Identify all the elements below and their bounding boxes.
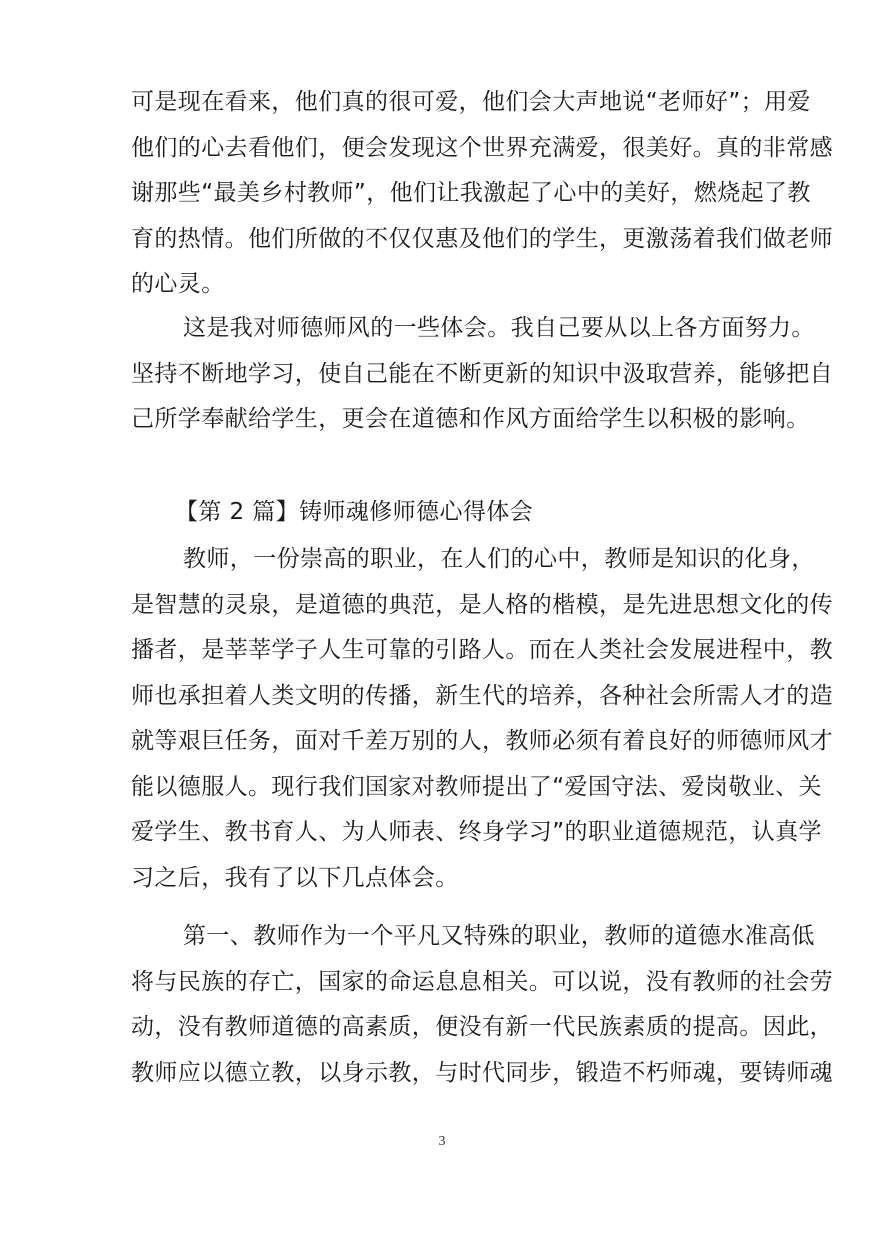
heading-text: 【第 2 篇】铸师魂修师德心得体会	[131, 490, 761, 536]
text-line: 可是现在看来，他们真的很可爱，他们会大声地说“老师好”；用爱	[131, 80, 761, 126]
section-heading: 【第 2 篇】铸师魂修师德心得体会	[131, 490, 761, 536]
text-line: 坚持不断地学习，使自己能在不断更新的知识中汲取营养，能够把自	[131, 352, 761, 398]
text-line: 爱学生、教书育人、为人师表、终身学习”的职业道德规范，认真学	[131, 810, 761, 856]
text-line: 师也承担着人类文明的传播，新生代的培养，各种社会所需人才的造	[131, 674, 761, 720]
text-line: 育的热情。他们所做的不仅仅惠及他们的学生，更激荡着我们做老师	[131, 217, 761, 263]
text-line: 将与民族的存亡，国家的命运息息相关。可以说，没有教师的社会劳	[131, 960, 761, 1006]
text-line: 教师应以德立教，以身示教，与时代同步，锻造不朽师魂，要铸师魂	[131, 1051, 761, 1097]
document-page: 可是现在看来，他们真的很可爱，他们会大声地说“老师好”；用爱 他们的心去看他们，…	[0, 0, 884, 1250]
page-number: 3	[0, 1134, 884, 1150]
paragraph-continuation: 可是现在看来，他们真的很可爱，他们会大声地说“老师好”；用爱 他们的心去看他们，…	[131, 80, 761, 308]
text-line: 第一、教师作为一个平凡又特殊的职业，教师的道德水准高低	[131, 914, 761, 960]
text-line: 这是我对师德师风的一些体会。我自己要从以上各方面努力。	[131, 306, 761, 352]
paragraph-intro: 教师，一份崇高的职业，在人们的心中，教师是知识的化身， 是智慧的灵泉，是道德的典…	[131, 537, 761, 901]
text-line: 习之后，我有了以下几点体会。	[131, 856, 761, 902]
text-line: 播者，是莘莘学子人生可靠的引路人。而在人类社会发展进程中，教	[131, 628, 761, 674]
text-line: 动，没有教师道德的高素质，便没有新一代民族素质的提高。因此，	[131, 1005, 761, 1051]
text-line: 的心灵。	[131, 262, 761, 308]
text-line: 教师，一份崇高的职业，在人们的心中，教师是知识的化身，	[131, 537, 761, 583]
text-line: 就等艰巨任务，面对千差万别的人，教师必须有着良好的师德师风才	[131, 719, 761, 765]
paragraph-point-one: 第一、教师作为一个平凡又特殊的职业，教师的道德水准高低 将与民族的存亡，国家的命…	[131, 914, 761, 1096]
text-line: 他们的心去看他们，便会发现这个世界充满爱，很美好。真的非常感	[131, 126, 761, 172]
text-line: 是智慧的灵泉，是道德的典范，是人格的楷模，是先进思想文化的传	[131, 583, 761, 629]
text-line: 己所学奉献给学生，更会在道德和作风方面给学生以积极的影响。	[131, 397, 761, 443]
paragraph-closing: 这是我对师德师风的一些体会。我自己要从以上各方面努力。 坚持不断地学习，使自己能…	[131, 306, 761, 443]
text-line: 能以德服人。现行我们国家对教师提出了“爱国守法、爱岗敬业、关	[131, 765, 761, 811]
text-line: 谢那些“最美乡村教师”，他们让我激起了心中的美好，燃烧起了教	[131, 171, 761, 217]
